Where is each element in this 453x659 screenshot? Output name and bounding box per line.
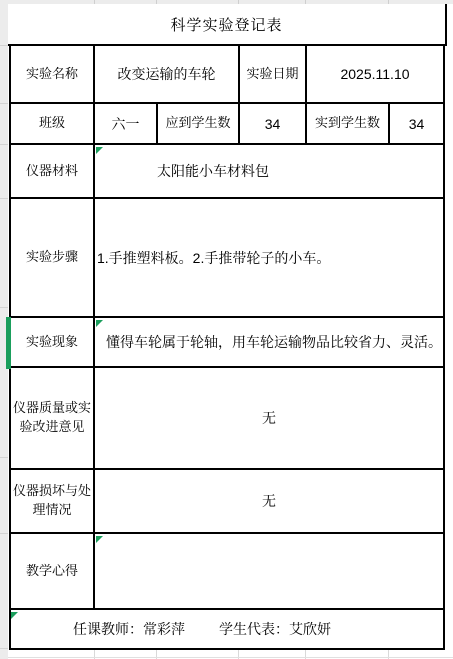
row-steps: 实验步骤 1.手推塑料板。2.手推带轮子的小车。 xyxy=(11,199,443,318)
damage-value-cell[interactable]: 无 xyxy=(95,470,443,532)
signatures-cell[interactable]: 任课教师：常彩萍 学生代表：艾欣妍 xyxy=(11,610,443,648)
class-label-cell[interactable]: 班级 xyxy=(11,104,95,143)
cell-note-marker-materials-icon xyxy=(96,147,103,154)
damage-label-cell[interactable]: 仪器损坏与处理情况 xyxy=(11,470,95,532)
experiment-date-value-cell[interactable]: 2025.11.10 xyxy=(307,46,443,102)
sheet-gridline xyxy=(0,103,8,104)
cell-note-marker-signatures-icon xyxy=(11,612,18,619)
insights-value-cell[interactable] xyxy=(95,534,443,608)
row-materials: 仪器材料 太阳能小车材料包 xyxy=(11,145,443,199)
expected-students-label-cell[interactable]: 应到学生数 xyxy=(158,104,240,143)
student-signature: 学生代表：艾欣妍 xyxy=(219,619,331,639)
sheet-gridline xyxy=(0,533,8,534)
sheet-gridline xyxy=(8,657,453,658)
teacher-signature: 任课教师：常彩萍 xyxy=(73,619,185,639)
sheet-gridline xyxy=(0,307,8,308)
expected-students-value-cell[interactable]: 34 xyxy=(240,104,307,143)
steps-label-cell[interactable]: 实验步骤 xyxy=(11,199,95,316)
quality-value-cell[interactable]: 无 xyxy=(95,368,443,468)
row-quality-feedback: 仪器质量或实验改进意见 无 xyxy=(11,368,443,470)
insights-label-cell[interactable]: 教学心得 xyxy=(11,534,95,608)
cell-note-marker-phenomena-icon xyxy=(96,320,103,327)
experiment-name-value-cell[interactable]: 改变运输的车轮 xyxy=(95,46,240,102)
class-value-cell[interactable]: 六一 xyxy=(95,104,158,143)
experiment-form-table: 实验名称 改变运输的车轮 实验日期 2025.11.10 班级 六一 应到学生数… xyxy=(9,46,445,650)
phenomena-value-cell[interactable]: 懂得车轮属于轮轴，用车轮运输物品比较省力、灵活。 xyxy=(95,318,443,366)
phenomena-label-cell[interactable]: 实验现象 xyxy=(11,318,95,366)
materials-label-cell[interactable]: 仪器材料 xyxy=(11,145,95,197)
page-title: 科学实验登记表 xyxy=(170,14,282,35)
cell-note-marker-insights-icon xyxy=(96,536,103,543)
experiment-date-label-cell[interactable]: 实验日期 xyxy=(240,46,307,102)
row-phenomena: 实验现象 懂得车轮属于轮轴，用车轮运输物品比较省力、灵活。 xyxy=(11,318,443,368)
experiment-name-label-cell[interactable]: 实验名称 xyxy=(11,46,95,102)
actual-students-label-cell[interactable]: 实到学生数 xyxy=(307,104,390,143)
sheet-gridline xyxy=(0,457,8,458)
sheet-gridline xyxy=(0,144,8,145)
row-damage: 仪器损坏与处理情况 无 xyxy=(11,470,443,534)
sheet-gridline xyxy=(0,198,8,199)
row-class-attendance: 班级 六一 应到学生数 34 实到学生数 34 xyxy=(11,104,443,145)
actual-students-value-cell[interactable]: 34 xyxy=(390,104,443,143)
row-signatures: 任课教师：常彩萍 学生代表：艾欣妍 xyxy=(11,610,443,648)
steps-value-cell[interactable]: 1.手推塑料板。2.手推带轮子的小车。 xyxy=(95,199,443,316)
quality-label-cell[interactable]: 仪器质量或实验改进意见 xyxy=(11,368,95,468)
materials-value-cell[interactable]: 太阳能小车材料包 xyxy=(95,145,443,197)
row-experiment-name: 实验名称 改变运输的车轮 实验日期 2025.11.10 xyxy=(11,46,443,104)
row-teaching-insights: 教学心得 xyxy=(11,534,443,610)
sheet-gridline xyxy=(0,45,8,46)
active-row-indicator xyxy=(6,317,11,369)
sheet-gridline xyxy=(0,648,8,649)
form-title-cell[interactable]: 科学实验登记表 xyxy=(8,4,447,46)
